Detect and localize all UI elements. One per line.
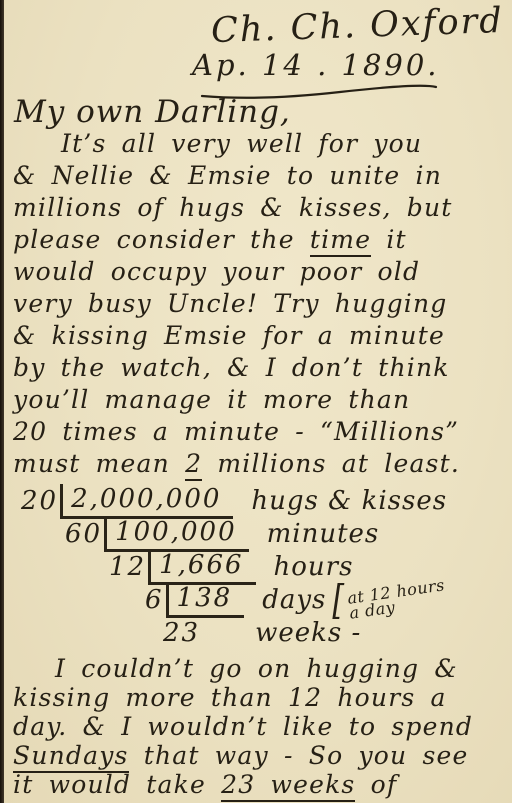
division-divisor: 6 — [145, 585, 166, 618]
paragraph-1: It’s all very well for you& Nellie & Ems… — [13, 128, 509, 480]
division-unit-label: minutes — [267, 519, 380, 552]
division-row: 60100,000minutes — [65, 519, 509, 552]
division-dividend: 1,666 — [148, 550, 255, 585]
letter-line: very busy Uncle! Try hugging — [13, 288, 509, 320]
letter-line: It’s all very well for you — [61, 128, 509, 160]
text-segment: of — [355, 770, 397, 799]
letter-line: must mean 2 millions at least. — [13, 448, 509, 480]
division-work: 202,000,000hugs & kisses60100,000minutes… — [13, 486, 509, 651]
bracket-glyph: [ — [326, 577, 348, 624]
letter-line: Sundays that way - So you see — [13, 741, 509, 770]
text-segment: & Nellie & Emsie to unite in — [13, 161, 442, 190]
book-spine-edge — [0, 0, 4, 803]
division-result-value: 23 — [163, 618, 200, 651]
division-row: 121,666hours — [109, 552, 509, 585]
letter-line: & kissing Emsie for a minute — [13, 320, 509, 352]
text-segment: millions at least. — [202, 449, 460, 478]
heading-place: Ch. Ch. Oxford — [211, 1, 505, 51]
letter-line: please consider the time it — [13, 224, 509, 256]
division-dividend: 2,000,000 — [60, 484, 233, 519]
letter-line: would occupy your poor old — [13, 256, 509, 288]
division-divisor: 20 — [21, 486, 60, 519]
underlined-text: 2 — [185, 449, 202, 481]
division-divisor: 12 — [109, 552, 148, 585]
division-dividend: 138 — [166, 583, 245, 618]
letter-line: & Nellie & Emsie to unite in — [13, 160, 509, 192]
division-row: 202,000,000hugs & kisses — [21, 486, 509, 519]
text-segment: day. & I wouldn’t like to spend — [13, 712, 473, 741]
letter-page: Ch. Ch. Oxford Ap. 14 . 1890. My own Dar… — [0, 0, 512, 803]
text-segment: please consider the — [13, 225, 310, 254]
text-segment: it — [371, 225, 407, 254]
text-segment: you’ll manage it more than — [13, 385, 410, 414]
letter-line: you’ll manage it more than — [13, 384, 509, 416]
underlined-text: Sundays — [13, 741, 129, 773]
text-segment: that way - So you see — [129, 741, 469, 770]
letter-line: it would take 23 weeks of — [13, 770, 509, 799]
division-dividend: 100,000 — [104, 517, 249, 552]
text-segment: would occupy your poor old — [13, 257, 420, 286]
text-segment: & kissing Emsie for a minute — [13, 321, 445, 350]
text-segment: by the watch, & I don’t think — [13, 353, 450, 382]
underlined-text: 23 weeks — [221, 770, 355, 802]
division-unit-label: days — [262, 585, 326, 618]
salutation: My own Darling, — [14, 94, 291, 130]
heading-date: Ap. 14 . 1890. — [192, 48, 440, 82]
letter-line: by the watch, & I don’t think — [13, 352, 509, 384]
text-segment: I couldn’t go on hugging & — [55, 654, 458, 683]
letter-line: millions of hugs & kisses, but — [13, 192, 509, 224]
letter-line: kissing more than 12 hours a — [13, 683, 509, 712]
letter-line: day. & I wouldn’t like to spend — [13, 712, 509, 741]
letter-line: I couldn’t go on hugging & — [55, 654, 509, 683]
text-segment: millions of hugs & kisses, but — [13, 193, 453, 222]
letter-line: 20 times a minute - “Millions” — [13, 416, 509, 448]
text-segment: It’s all very well for you — [61, 129, 422, 158]
paragraph-2: I couldn’t go on hugging &kissing more t… — [13, 654, 509, 799]
text-segment: it would take — [13, 770, 221, 799]
text-segment: kissing more than 12 hours a — [13, 683, 447, 712]
division-unit-label: hugs & kisses — [251, 486, 447, 519]
underlined-text: time — [310, 225, 371, 257]
text-segment: 20 times a minute - “Millions” — [13, 417, 459, 446]
text-segment: must mean — [13, 449, 185, 478]
division-divisor: 60 — [65, 519, 104, 552]
text-segment: very busy Uncle! Try hugging — [13, 289, 448, 318]
division-row: 6138days[at 12 hoursa day — [145, 585, 509, 618]
